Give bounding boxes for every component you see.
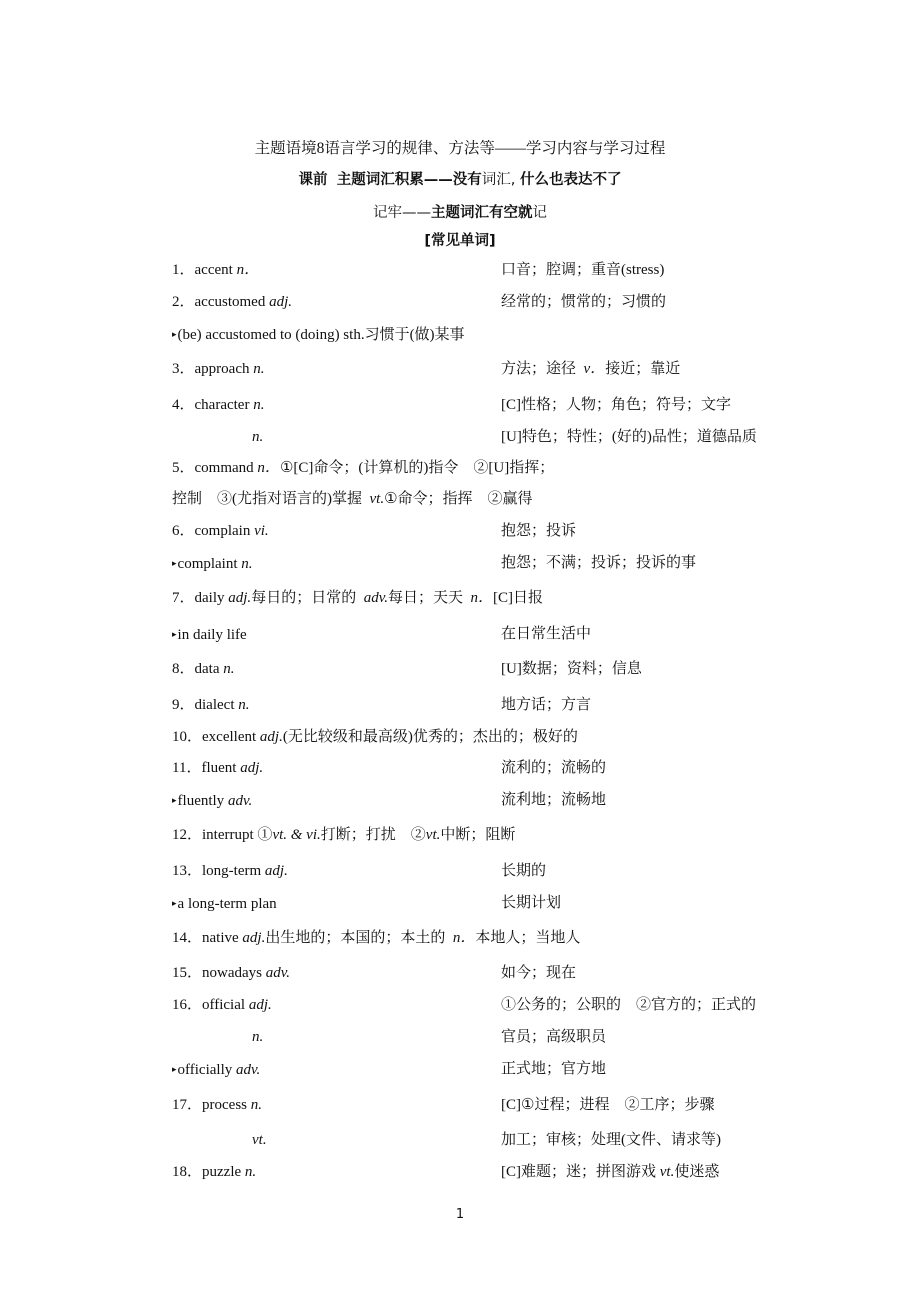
vocab-subentry: n. (252, 1027, 263, 1047)
meaning-text: [C]日报 (493, 590, 543, 606)
entry-number: 10． (172, 729, 202, 745)
subtitle-text: 主题词汇积累—— (337, 172, 453, 188)
entry-meaning: 官员；高级职员 (501, 1027, 606, 1047)
vocab-phrase: ▸fluently adv. (172, 790, 252, 811)
meaning-text: ①[C]命令；(计算机的)指令 ②[U]指挥； (280, 460, 554, 476)
meaning-text: ①命令；指挥 ②赢得 (384, 491, 532, 507)
meaning-text: 接近；靠近 (605, 361, 680, 377)
vocab-entry: 13．long-term adj. (172, 861, 288, 881)
entry-word: nowadays (202, 965, 262, 981)
entry-meaning: [C]①过程；进程 ②工序；步骤 (501, 1095, 714, 1115)
entry-word: data (195, 661, 220, 677)
vocab-entry: 8．data n. (172, 659, 235, 679)
entry-word: official (202, 997, 245, 1013)
entry-number: 15． (172, 965, 202, 981)
entry-word: process (202, 1097, 247, 1113)
entry-meaning: ①公务的；公职的 ②官方的；正式的 (501, 995, 756, 1015)
entry-meaning: [C]性格；人物；角色；符号；文字 (501, 395, 731, 415)
entry-pos: adv. (228, 793, 252, 809)
vocab-phrase: ▸officially adv. (172, 1059, 260, 1080)
vocab-phrase: ▸complaint n. (172, 553, 253, 574)
entry-word: accustomed (195, 294, 266, 310)
document-title: 主题语境8语言学习的规律、方法等——学习内容与学习过程 (0, 136, 920, 158)
entry-meaning: 如今；现在 (501, 963, 576, 983)
entry-number: 8． (172, 661, 195, 677)
entry-meaning: 长期计划 (501, 893, 561, 913)
entry-word: complain (195, 523, 251, 539)
entry-pos: n. (241, 556, 252, 572)
entry-meaning: 正式地；官方地 (501, 1059, 606, 1079)
meaning-text: 中断；阻断 (440, 827, 515, 843)
entry-pos: n. (252, 429, 263, 445)
bullet-arrow-icon: ▸ (172, 553, 177, 573)
entry-meaning: [C]难题；迷；拼图游戏 vt.使迷惑 (501, 1162, 719, 1182)
meaning-text: 控制 ③(尤指对语言的)掌握 (172, 491, 362, 507)
entry-pos: vt. (660, 1164, 675, 1180)
vocab-phrase: ▸in daily life (172, 624, 247, 645)
phrase-text: fluently (178, 793, 225, 809)
entry-meaning: 抱怨；不满；投诉；投诉的事 (501, 553, 696, 573)
meaning-text: 出生地的；本国的；本土的 (265, 930, 445, 946)
bullet-arrow-icon: ▸ (172, 1059, 177, 1079)
entry-meaning: 抱怨；投诉 (501, 521, 576, 541)
entry-meaning: 在日常生活中 (501, 624, 591, 644)
entry-meaning: 长期的 (501, 861, 546, 881)
subtitle-text: 词汇, (482, 172, 516, 188)
phrase-text: officially (178, 1062, 233, 1078)
vocab-entry: 11．fluent adj. (172, 758, 263, 778)
entry-pos: adv. (236, 1062, 260, 1078)
meaning-text: 每日；天天 (388, 590, 463, 606)
vocab-entry: 9．dialect n. (172, 695, 250, 715)
entry-pos: vi. (254, 523, 269, 539)
entry-pos: n. (223, 661, 234, 677)
entry-number: 13． (172, 863, 202, 879)
entry-pos: adj. (240, 760, 263, 776)
entry-pos: n． (453, 930, 476, 946)
entry-word: native (202, 930, 239, 946)
entry-number: 12． (172, 827, 202, 843)
vocab-entry: 3．approach n. (172, 359, 264, 379)
entry-word: accent (195, 262, 233, 278)
entry-meaning: 流利的；流畅的 (501, 758, 606, 778)
entry-pos: adj. (265, 863, 288, 879)
bullet-arrow-icon: ▸ (172, 324, 177, 344)
entry-pos: adj. (228, 590, 251, 606)
vocab-phrase: ▸a long-term plan (172, 893, 277, 914)
section-heading-text: 有空就 (489, 205, 533, 221)
vocab-subentry: n. (252, 427, 263, 447)
vocab-subentry: vt. (252, 1130, 267, 1150)
subtitle-text: 什么也表达不了 (520, 172, 622, 188)
vocab-entry: 16．official adj. (172, 995, 272, 1015)
vocab-entry: 7．daily adj.每日的；日常的 adv.每日；天天 n．[C]日报 (172, 588, 543, 608)
circled-number: ① (257, 827, 272, 843)
entry-pos: vt. & vi. (272, 827, 320, 843)
category-heading: [常见单词] (0, 229, 920, 250)
entry-meaning: 加工；审核；处理(文件、请求等) (501, 1130, 721, 1150)
entry-word: character (195, 397, 250, 413)
entry-number: 14． (172, 930, 202, 946)
entry-pos: v． (584, 361, 606, 377)
entry-number: 18． (172, 1164, 202, 1180)
phrase-text: a long-term plan (178, 896, 277, 912)
section-heading-text: 记 (533, 205, 548, 221)
entry-pos: n． (237, 262, 260, 278)
entry-word: puzzle (202, 1164, 241, 1180)
vocab-entry: 15．nowadays adv. (172, 963, 290, 983)
entry-word: command (195, 460, 254, 476)
vocab-entry: 5．command n．①[C]命令；(计算机的)指令 ②[U]指挥； (172, 458, 554, 478)
entry-meaning: 经常的；惯常的；习惯的 (501, 292, 666, 312)
vocab-entry: 17．process n. (172, 1095, 262, 1115)
vocab-phrase: ▸(be) accustomed to (doing) sth.习惯于(做)某事 (172, 324, 465, 345)
subtitle-label: 课前 (299, 172, 328, 188)
meaning-text: 打断；打扰 ② (321, 827, 426, 843)
entry-meaning: 口音；腔调；重音(stress) (501, 260, 664, 280)
meaning-text: 每日的；日常的 (251, 590, 356, 606)
meaning-text: (无比较级和最高级)优秀的；杰出的；极好的 (283, 729, 578, 745)
entry-number: 1． (172, 262, 195, 278)
bullet-arrow-icon: ▸ (172, 893, 177, 913)
entry-meaning: [U]特色；特性；(好的)品性；道德品质 (501, 427, 757, 447)
section-heading-text: 主题词汇 (431, 205, 489, 221)
entry-number: 2． (172, 294, 195, 310)
vocab-entry-continuation: 控制 ③(尤指对语言的)掌握 vt.①命令；指挥 ②赢得 (172, 489, 533, 509)
entry-word: daily (195, 590, 225, 606)
phrase-text: (be) accustomed to (doing) sth. (178, 327, 365, 343)
entry-pos: adj. (249, 997, 272, 1013)
section-heading-text: 记牢—— (373, 205, 431, 221)
entry-meaning: 方法；途径 v．接近；靠近 (501, 359, 680, 379)
entry-number: 9． (172, 697, 195, 713)
entry-number: 7． (172, 590, 195, 606)
entry-number: 4． (172, 397, 195, 413)
phrase-text: complaint (178, 556, 238, 572)
section-heading: 记牢——主题词汇有空就记 (0, 201, 920, 222)
entry-pos: adj. (260, 729, 283, 745)
entry-meaning: [U]数据；资料；信息 (501, 659, 642, 679)
phrase-meaning: 习惯于(做)某事 (365, 327, 465, 343)
lesson-subtitle: 课前 主题词汇积累——没有词汇, 什么也表达不了 (0, 168, 920, 189)
entry-number: 3． (172, 361, 195, 377)
entry-pos: n. (252, 1029, 263, 1045)
bullet-arrow-icon: ▸ (172, 790, 177, 810)
meaning-text: 使迷惑 (674, 1164, 719, 1180)
entry-pos: n. (251, 1097, 262, 1113)
document-page: 主题语境8语言学习的规律、方法等——学习内容与学习过程 课前 主题词汇积累——没… (0, 0, 920, 1302)
entry-pos: adj. (269, 294, 292, 310)
entry-word: interrupt (202, 827, 254, 843)
entry-number: 16． (172, 997, 202, 1013)
entry-word: fluent (201, 760, 236, 776)
entry-pos: n. (238, 697, 249, 713)
entry-number: 6． (172, 523, 195, 539)
entry-pos: n. (253, 397, 264, 413)
meaning-text: [C]难题；迷；拼图游戏 (501, 1164, 656, 1180)
entry-pos: adj. (242, 930, 265, 946)
entry-pos: n. (253, 361, 264, 377)
entry-pos: vt. (426, 827, 441, 843)
entry-word: dialect (195, 697, 235, 713)
bullet-arrow-icon: ▸ (172, 624, 177, 644)
subtitle-text: 没有 (453, 172, 482, 188)
meaning-text: 本地人；当地人 (475, 930, 580, 946)
phrase-text: in daily life (178, 627, 247, 643)
entry-number: 17． (172, 1097, 202, 1113)
entry-word: excellent (202, 729, 256, 745)
entry-pos: n． (257, 460, 280, 476)
entry-pos: adv. (266, 965, 290, 981)
page-number: 1 (0, 1207, 920, 1222)
meaning-text: 方法；途径 (501, 361, 576, 377)
vocab-entry: 14．native adj.出生地的；本国的；本土的 n．本地人；当地人 (172, 928, 580, 948)
vocab-entry: 10．excellent adj.(无比较级和最高级)优秀的；杰出的；极好的 (172, 727, 578, 747)
entry-pos: adv. (364, 590, 388, 606)
vocab-entry: 4．character n. (172, 395, 264, 415)
vocab-entry: 6．complain vi. (172, 521, 269, 541)
entry-meaning: 流利地；流畅地 (501, 790, 606, 810)
vocab-entry: 18．puzzle n. (172, 1162, 256, 1182)
entry-word: long-term (202, 863, 261, 879)
entry-meaning: 地方话；方言 (501, 695, 591, 715)
entry-number: 11． (172, 760, 201, 776)
entry-number: 5． (172, 460, 195, 476)
entry-pos: vt. (252, 1132, 267, 1148)
entry-pos: vt. (370, 491, 385, 507)
entry-pos: n． (471, 590, 494, 606)
entry-word: approach (195, 361, 250, 377)
vocab-entry: 12．interrupt ①vt. & vi.打断；打扰 ②vt.中断；阻断 (172, 825, 515, 845)
vocab-entry: 2．accustomed adj. (172, 292, 292, 312)
entry-pos: n. (245, 1164, 256, 1180)
vocab-entry: 1．accent n． (172, 260, 259, 280)
